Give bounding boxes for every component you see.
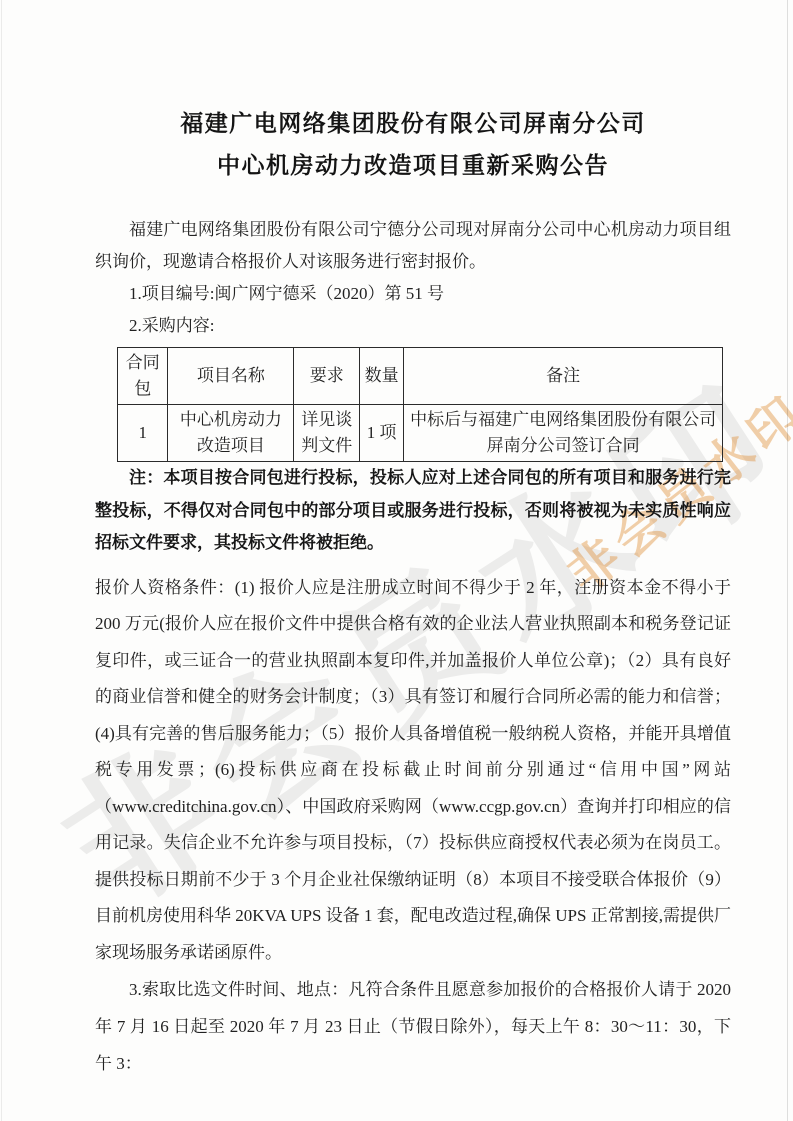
scan-edge-right	[787, 0, 788, 1121]
cell-quantity: 1 项	[359, 405, 403, 462]
document-content: 福建广电网络集团股份有限公司屏南分公司 中心机房动力改造项目重新采购公告 福建广…	[95, 0, 731, 1082]
procurement-content-label: 2.采购内容:	[95, 310, 731, 342]
document-request-paragraph: 3.索取比选文件时间、地点：凡符合条件且愿意参加报价的合格报价人请于 2020 …	[95, 971, 731, 1082]
header-contract-package: 合同包	[118, 348, 168, 405]
page-title: 福建广电网络集团股份有限公司屏南分公司 中心机房动力改造项目重新采购公告	[95, 102, 731, 186]
table-header-row: 合同包 项目名称 要求 数量 备注	[118, 348, 723, 405]
intro-paragraph: 福建广电网络集团股份有限公司宁德分公司现对屏南分公司中心机房动力项目组织询价，现…	[95, 214, 731, 278]
scan-edge-left	[1, 0, 2, 1121]
project-number-line: 1.项目编号:闽广网宁德采（2020）第 51 号	[95, 278, 731, 310]
scanned-document-page: 非会员水印 非会员水印 福建广电网络集团股份有限公司屏南分公司 中心机房动力改造…	[0, 0, 793, 1121]
note-paragraph: 注：本项目按合同包进行投标，投标人应对上述合同包的所有项目和服务进行完整投标，不…	[95, 462, 731, 560]
header-requirement: 要求	[294, 348, 360, 405]
header-project-name: 项目名称	[168, 348, 294, 405]
cell-requirement: 详见谈判文件	[294, 405, 360, 462]
cell-remark: 中标后与福建广电网络集团股份有限公司屏南分公司签订合同	[404, 405, 723, 462]
header-remark: 备注	[404, 348, 723, 405]
page-title-line1: 福建广电网络集团股份有限公司屏南分公司	[95, 102, 731, 144]
header-quantity: 数量	[359, 348, 403, 405]
cell-contract-package: 1	[118, 405, 168, 462]
page-title-line2: 中心机房动力改造项目重新采购公告	[95, 144, 731, 186]
qualifications-paragraph: 报价人资格条件：(1) 报价人应是注册成立时间不得少于 2 年，注册资本金不得小…	[95, 570, 731, 972]
table-row: 1 中心机房动力改造项目 详见谈判文件 1 项 中标后与福建广电网络集团股份有限…	[118, 405, 723, 462]
cell-project-name: 中心机房动力改造项目	[168, 405, 294, 462]
procurement-table: 合同包 项目名称 要求 数量 备注 1 中心机房动力改造项目 详见谈判文件 1 …	[117, 347, 723, 462]
